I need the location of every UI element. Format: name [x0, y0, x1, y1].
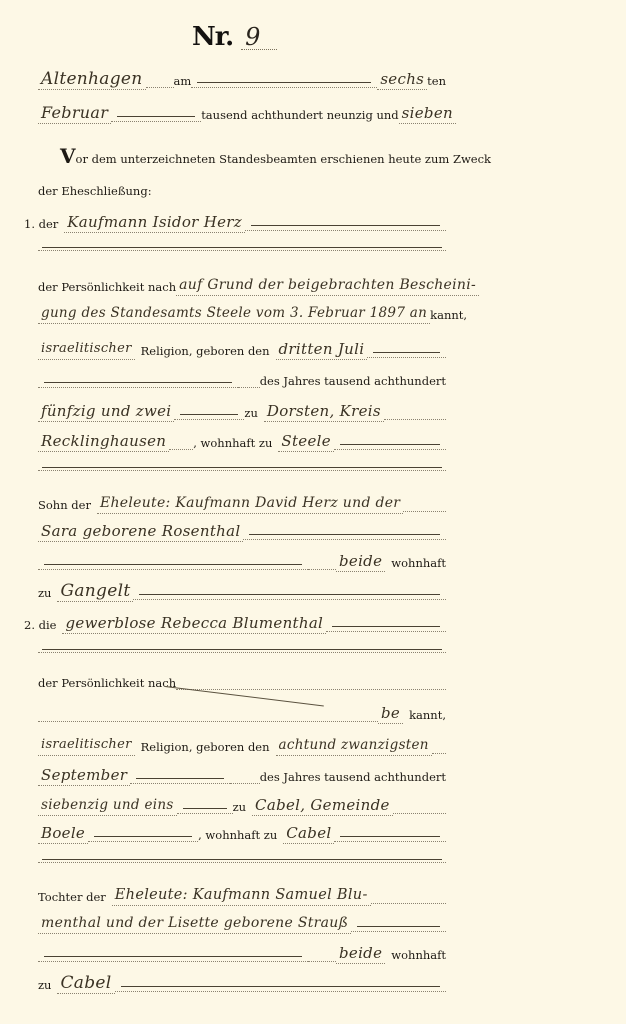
groom-parents-line-2: Sara geborene Rosenthal [38, 514, 446, 542]
dash-fill [38, 960, 308, 962]
bride-number-label: 2. die [24, 618, 56, 634]
bride-birthplace-label: zu [233, 800, 246, 816]
groom-both: beide [336, 552, 385, 572]
groom-year-label: des Jahres tausend achthundert [260, 374, 446, 390]
bride-parents-label: Tochter der [38, 890, 106, 906]
dotted-fill [38, 720, 378, 722]
bride-birth-month: September [38, 766, 130, 786]
dotted-fill [393, 812, 446, 814]
dash-fill [38, 386, 238, 388]
groom-birthplace-line: fünfzig und zwei zu Dorsten, Kreis [38, 394, 446, 422]
dash-fill [367, 356, 446, 358]
groom-birthplace-2: Recklinghausen [38, 432, 169, 452]
bride-birthplace-2: Boele [38, 824, 88, 844]
bride-religion: israelitischer [38, 736, 135, 756]
blank-rule [38, 652, 446, 653]
groom-residence: Steele [278, 432, 334, 452]
bride-parents-line-2: menthal und der Lisette geborene Strauß [38, 906, 446, 934]
groom-birth-year: fünfzig und zwei [38, 402, 174, 422]
groom-occupation-name: Kaufmann Isidor Herz [64, 213, 245, 233]
dash-fill [133, 598, 446, 600]
bride-known-prefix: be [378, 704, 403, 724]
groom-birthplace: Dorsten, Kreis [264, 402, 384, 422]
dash-fill [334, 840, 446, 842]
am-label: am [174, 74, 192, 90]
day-suffix: ten [427, 74, 446, 90]
bride-year-label: des Jahres tausend achthundert [260, 770, 446, 786]
dotted-fill [308, 960, 336, 962]
dash-fill [111, 120, 201, 122]
bride-religion-line: israelitischer Religion, geboren den ach… [38, 728, 446, 756]
bride-residence-line: Boele , wohnhaft zu Cabel [38, 816, 446, 844]
year-ones-handwritten: sieben [399, 104, 456, 124]
entry-title: Nr.9 [192, 22, 277, 52]
day-handwritten: sechs [377, 70, 427, 90]
dash-fill [115, 990, 447, 992]
groom-known-label: kannt, [430, 308, 467, 324]
dash-fill [130, 782, 230, 784]
bride-parents-residence-line: zu Cabel [38, 966, 446, 994]
bride-religion-label: Religion, geboren den [141, 740, 270, 756]
groom-parents-residence: Gangelt [57, 582, 133, 602]
groom-birth-day-month: dritten Juli [276, 340, 368, 360]
place-handwritten: Altenhagen [38, 70, 146, 90]
bride-parents-residence-label: zu [38, 978, 51, 994]
intro-line-1: Vor dem unterzeichneten Standesbeamten e… [60, 140, 446, 168]
bride-parents-1: Eheleute: Kaufmann Samuel Blu- [112, 886, 371, 906]
groom-religion: israelitischer [38, 340, 135, 360]
groom-identity-text-1: auf Grund der beigebrachten Bescheini- [176, 276, 479, 296]
groom-residence-line: Recklinghausen , wohnhaft zu Steele [38, 424, 446, 452]
title-label: Nr. [192, 22, 233, 52]
groom-name-line: 1. der Kaufmann Isidor Herz [24, 205, 446, 233]
dash-fill [177, 812, 233, 814]
bride-known-label: kannt, [409, 708, 446, 724]
dotted-fill [371, 902, 446, 904]
dash-fill [38, 568, 308, 570]
bride-parents-2: menthal und der Lisette geborene Strauß [38, 914, 351, 934]
groom-religion-line: israelitischer Religion, geboren den dri… [38, 332, 446, 360]
bride-identity-label: der Persönlichkeit nach [38, 676, 176, 692]
bride-known-line: be kannt, [38, 696, 446, 724]
register-page: Nr.9 Altenhagen am sechs ten Februar tau… [0, 0, 626, 1024]
groom-wohnhaft-label: wohnhaft [391, 556, 446, 572]
bride-identity-line: der Persönlichkeit nach [38, 664, 446, 692]
intro-text-2: der Eheschließung: [38, 184, 152, 200]
groom-parents-line: Sohn der Eheleute: Kaufmann David Herz u… [38, 486, 446, 514]
groom-parents-label: Sohn der [38, 498, 91, 514]
dotted-fill [238, 386, 260, 388]
groom-parents-2: Sara geborene Rosenthal [38, 522, 243, 542]
groom-number-label: 1. der [24, 217, 58, 233]
year-label: tausend achthundert neunzig und [201, 108, 398, 124]
dash-fill [88, 840, 198, 842]
bride-birth-day: achtund zwanzigsten [276, 736, 432, 756]
dash-fill [351, 930, 446, 932]
dotted-fill [169, 448, 193, 450]
bride-residence: Cabel [283, 824, 334, 844]
entry-number: 9 [241, 25, 277, 50]
dash-fill [243, 538, 446, 540]
bride-wohnhaft-label: wohnhaft [391, 948, 446, 964]
groom-identity-line-2: gung des Standesamts Steele vom 3. Febru… [38, 296, 446, 324]
dotted-fill [308, 568, 336, 570]
groom-parents-1: Eheleute: Kaufmann David Herz und der [97, 494, 403, 514]
dash-fill [174, 418, 244, 420]
header-date-line: Februar tausend achthundert neunzig und … [38, 96, 446, 124]
bride-parents-residence: Cabel [57, 974, 114, 994]
bride-occupation-name: gewerblose Rebecca Blumenthal [62, 614, 326, 634]
groom-parents-residence-label: zu [38, 586, 51, 602]
month-handwritten: Februar [38, 104, 111, 124]
dash-fill [245, 229, 446, 231]
blank-rule [38, 250, 446, 251]
bride-residence-label: , wohnhaft zu [198, 828, 277, 844]
bride-both: beide [336, 944, 385, 964]
dash-fill [191, 86, 377, 88]
dotted-fill [176, 688, 446, 690]
bride-birthplace: Cabel, Gemeinde [252, 796, 393, 816]
dotted-fill [432, 752, 446, 754]
bride-parents-line: Tochter der Eheleute: Kaufmann Samuel Bl… [38, 878, 446, 906]
groom-residence-label: , wohnhaft zu [193, 436, 272, 452]
bride-birth-year: siebenzig und eins [38, 796, 177, 816]
groom-identity-label: der Persönlichkeit nach [38, 280, 176, 296]
intro-text-1: Vor dem unterzeichneten Standesbeamten e… [60, 149, 491, 168]
bride-name-line: 2. die gewerblose Rebecca Blumenthal [24, 606, 446, 634]
dotted-fill [230, 782, 259, 784]
dotted-fill [384, 418, 446, 420]
groom-year-line: des Jahres tausend achthundert [38, 362, 446, 390]
groom-parents-residence-line: zu Gangelt [38, 574, 446, 602]
blank-rule [38, 862, 446, 863]
bride-year-line: September des Jahres tausend achthundert [38, 758, 446, 786]
groom-parents-both-line: beide wohnhaft [38, 544, 446, 572]
dotted-fill [146, 86, 174, 88]
bride-birthplace-line: siebenzig und eins zu Cabel, Gemeinde [38, 788, 446, 816]
dotted-fill [403, 510, 446, 512]
groom-identity-line: der Persönlichkeit nach auf Grund der be… [38, 268, 446, 296]
groom-birthplace-label: zu [244, 406, 257, 422]
groom-religion-label: Religion, geboren den [141, 344, 270, 360]
header-place-line: Altenhagen am sechs ten [38, 62, 446, 90]
dash-fill [326, 630, 446, 632]
groom-identity-text-2: gung des Standesamts Steele vom 3. Febru… [38, 304, 430, 324]
intro-line-2: der Eheschließung: [38, 172, 446, 200]
bride-parents-both-line: beide wohnhaft [38, 936, 446, 964]
dash-fill [334, 448, 446, 450]
blank-rule [38, 470, 446, 471]
